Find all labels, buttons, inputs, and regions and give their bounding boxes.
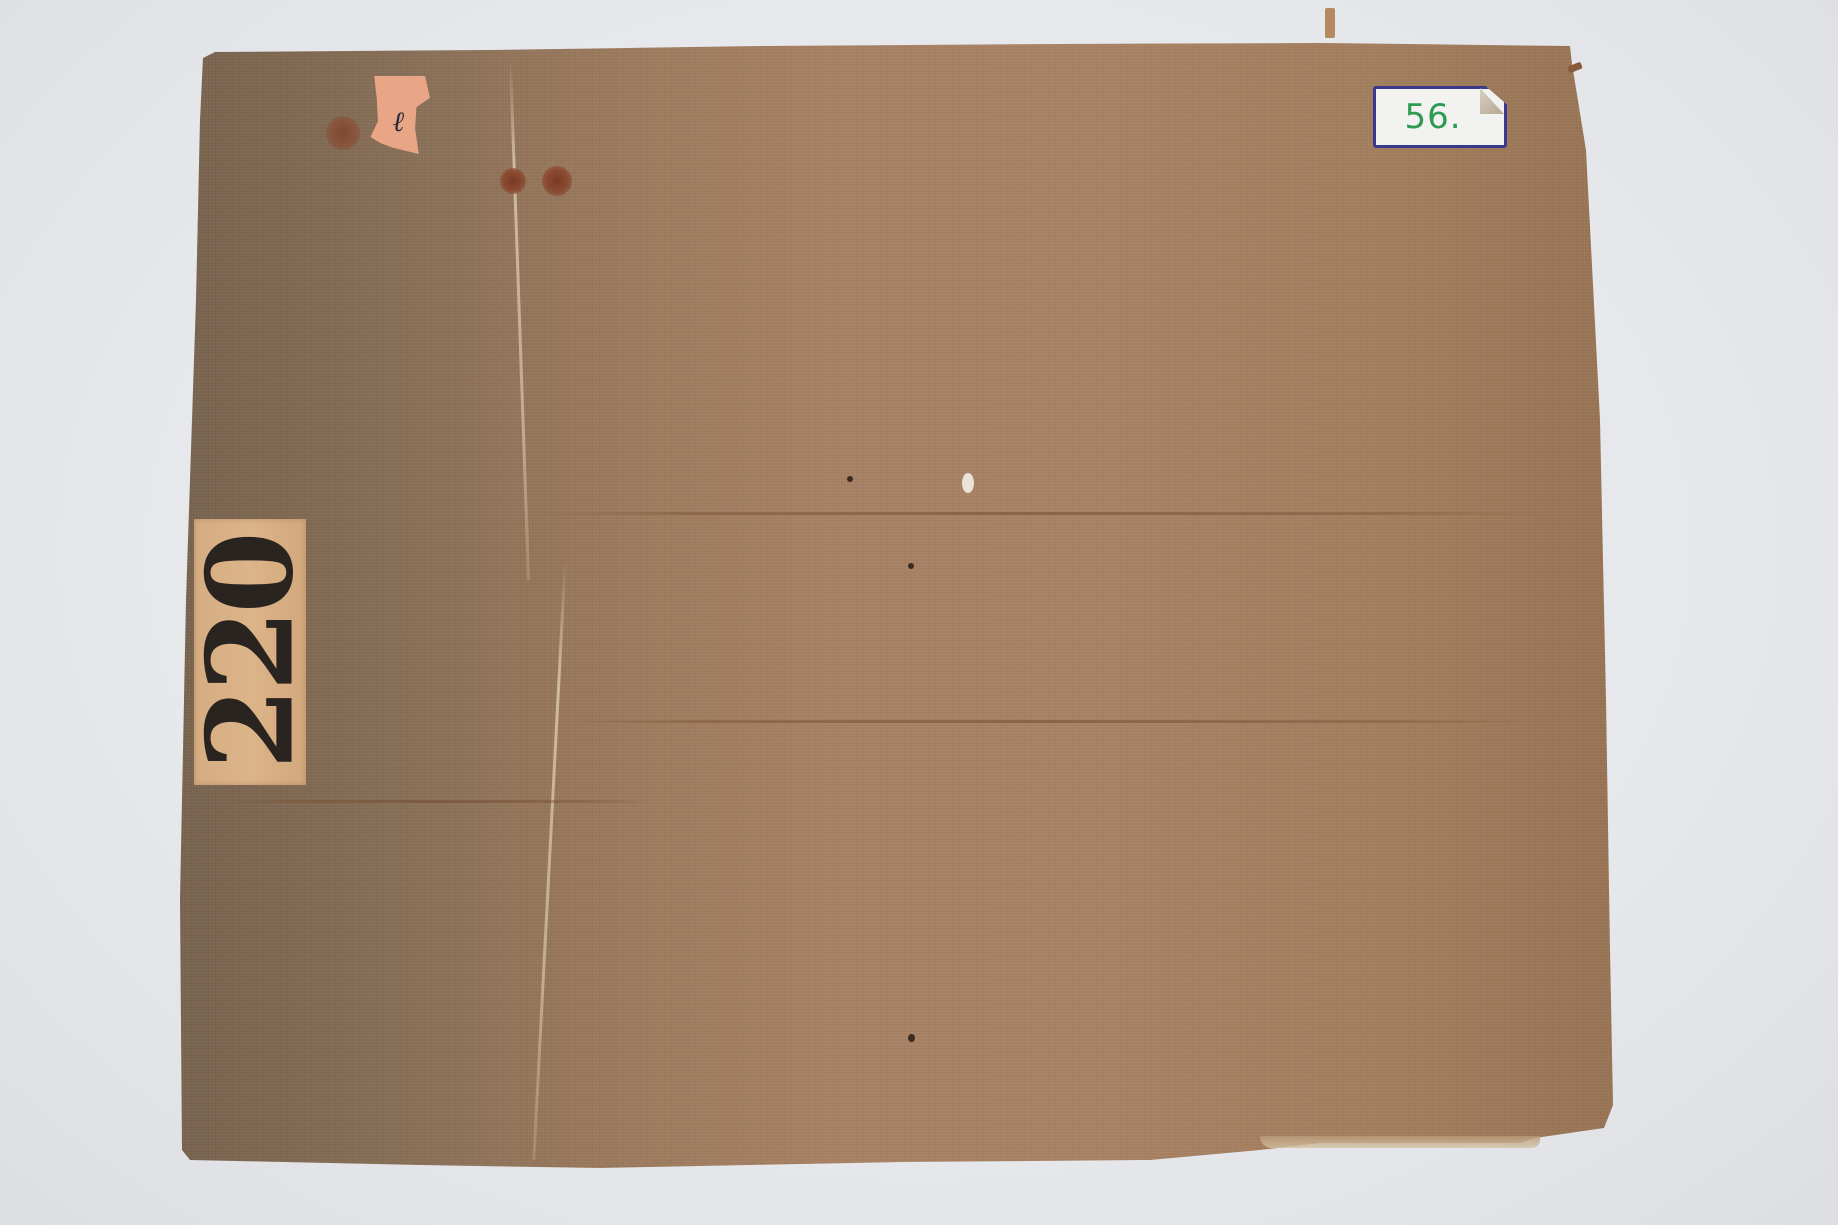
torn-tab-top — [1325, 8, 1335, 38]
rust-stain — [542, 166, 572, 196]
rust-stain — [326, 116, 360, 150]
spine-label-220: 220 — [194, 519, 306, 785]
speck — [847, 476, 853, 482]
inventory-number: 56. — [1404, 97, 1461, 137]
cloth-board: ℓ 56. 220 — [0, 0, 1838, 1225]
inventory-tag-56: 56. — [1373, 86, 1507, 148]
fold-line-middle — [560, 720, 1540, 723]
torn-label-text: ℓ — [393, 105, 405, 139]
fold-line-lower — [230, 800, 650, 803]
fold-line-upper — [540, 512, 1540, 515]
spine-number: 220 — [181, 535, 320, 769]
bottom-torn-edge — [1260, 1136, 1540, 1148]
rust-stain — [500, 168, 526, 194]
speck — [908, 1034, 915, 1042]
white-spot — [962, 473, 974, 493]
speck — [908, 563, 914, 569]
